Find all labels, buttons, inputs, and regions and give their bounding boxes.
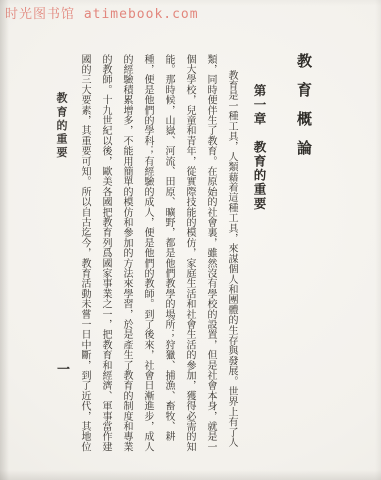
body-column-4: 能。那時候，山嶽、河流、田原、曠野，都是他們教學的場所；狩獵、捕漁、畜牧、耕 (158, 54, 179, 452)
body-column-5: 種，便是他們的學科；有經驗的成人，便是他們的教師。到了後來，社會日漸進步，成人 (137, 54, 158, 452)
body-column-8: 國的三大要素，其重要可知。所以自古迄今，教育活動未嘗一日中斷，到了近代，其地位 (74, 54, 95, 452)
body-column-1: 教育是一種工具，人類藉着這種工具，來謀個人和團體的生存與發展。世界上有了人 (221, 54, 242, 452)
chapter-heading: 第一章 教育的重要 (246, 84, 272, 211)
watermark-text: 时光图书馆 atimebook.com (5, 3, 199, 22)
body-column-6: 的經驗積累增多，不能用簡單的模仿和參加的方法來學習，於是產生了教育的制度和專業 (116, 54, 137, 452)
body-column-7: 的教師。十九世紀以後，歐美各國把教育列爲國家事業之一，把教育和經濟、軍事當作建 (95, 54, 116, 452)
running-title: 教育的重要 (50, 92, 72, 160)
body-text: 教育是一種工具，人類藉着這種工具，來謀個人和團體的生存與發展。世界上有了人 類，… (74, 54, 242, 452)
page-number: 一 (51, 362, 73, 375)
body-column-2: 類，同時便伴生了教育。在原始的社會裏，雖然沒有學校的設置，但是社會本身，就是一 (200, 54, 221, 452)
book-page: 时光图书馆 atimebook.com 教育概論 第一章 教育的重要 教育是一種… (0, 0, 381, 480)
body-column-3: 個大學校，兒童和青年，從實際技能的模仿，家庭生活和社會生活的參加，獲得必需的知 (179, 54, 200, 452)
book-title: 教育概論 (288, 53, 318, 169)
